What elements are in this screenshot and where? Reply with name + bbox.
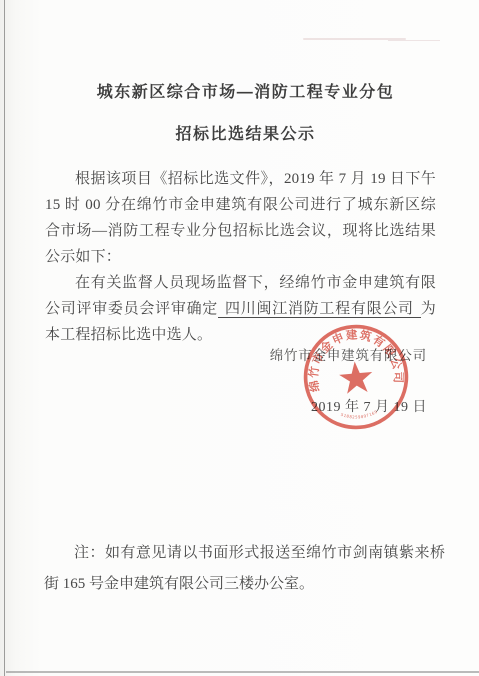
paragraph-intro: 根据该项目《招标比选文件》，2019 年 7 月 19 日下午 15 时 00 … (45, 166, 436, 270)
signature-company: 绵竹市金申建筑有限公司 (270, 344, 427, 364)
scanned-document-page: 城东新区综合市场—消防工程专业分包 招标比选结果公示 根据该项目《招标比选文件》… (0, 0, 479, 676)
scan-edge-left (4, 0, 5, 676)
document-body: 根据该项目《招标比选文件》，2019 年 7 月 19 日下午 15 时 00 … (45, 166, 436, 348)
scan-edge-bottom (6, 671, 479, 673)
seal-star-icon (338, 360, 374, 394)
scan-smudge (388, 40, 440, 41)
winner-company-name: 四川闽江消防工程有限公司 (218, 301, 421, 318)
footer-note: 注：如有意见请以书面形式报送至绵竹市剑南镇紫来桥街 165 号金申建筑有限公司三… (44, 538, 445, 600)
document-title-line2: 招标比选结果公示 (12, 121, 479, 144)
document-title-line1: 城东新区综合市场—消防工程专业分包 (12, 79, 479, 102)
paragraph-result: 在有关监督人员现场监督下，经绵竹市金申建筑有限公司评审委员会评审确定四川闽江消防… (45, 270, 436, 348)
signature-date: 2019 年 7 月 19 日 (311, 396, 427, 416)
